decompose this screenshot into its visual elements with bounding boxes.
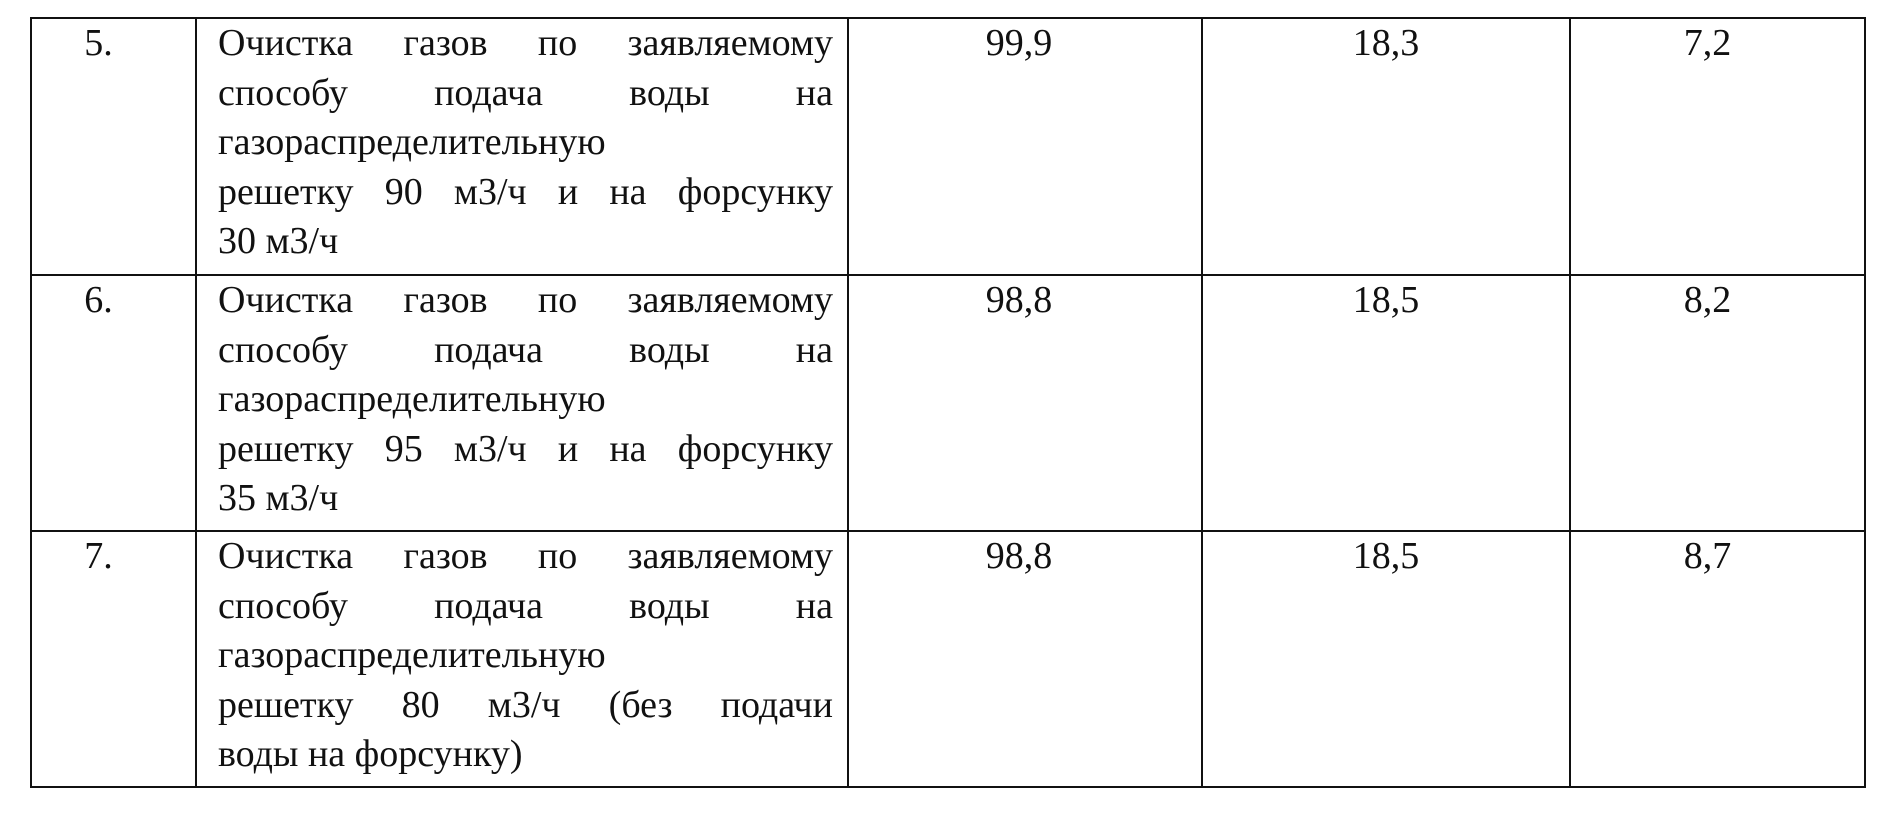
description-line: газораспределительную — [218, 375, 833, 425]
description-line: воды на форсунку) — [218, 730, 833, 780]
description-line: способу подача воды на — [218, 69, 833, 119]
table-row: 6. Очистка газов по заявляемому способу … — [31, 275, 1865, 531]
description-line: 30 м3/ч — [218, 217, 833, 267]
description-line: Очистка газов по заявляемому — [218, 532, 833, 582]
description-line: 35 м3/ч — [218, 474, 833, 524]
description-line: способу подача воды на — [218, 326, 833, 376]
description-line: способу подача воды на — [218, 582, 833, 632]
description-line: газораспределительную — [218, 631, 833, 681]
table-row: 5. Очистка газов по заявляемому способу … — [31, 18, 1865, 275]
method-description: Очистка газов по заявляемому способу под… — [196, 275, 848, 531]
value-cell: 7,2 — [1570, 18, 1865, 275]
value-cell: 18,5 — [1202, 275, 1570, 531]
description-line: газораспределительную — [218, 118, 833, 168]
row-number: 7. — [31, 531, 196, 787]
value-cell: 8,2 — [1570, 275, 1865, 531]
value-cell: 98,8 — [848, 531, 1202, 787]
value-cell: 18,5 — [1202, 531, 1570, 787]
description-line: Очистка газов по заявляемому — [218, 19, 833, 69]
description-line: решетку 80 м3/ч (без подачи — [218, 681, 833, 731]
results-table: 5. Очистка газов по заявляемому способу … — [30, 17, 1866, 788]
method-description: Очистка газов по заявляемому способу под… — [196, 18, 848, 275]
description-line: решетку 95 м3/ч и на форсунку — [218, 425, 833, 475]
method-description: Очистка газов по заявляемому способу под… — [196, 531, 848, 787]
value-cell: 99,9 — [848, 18, 1202, 275]
description-line: Очистка газов по заявляемому — [218, 276, 833, 326]
table-row: 7. Очистка газов по заявляемому способу … — [31, 531, 1865, 787]
value-cell: 18,3 — [1202, 18, 1570, 275]
row-number: 6. — [31, 275, 196, 531]
description-line: решетку 90 м3/ч и на форсунку — [218, 168, 833, 218]
row-number: 5. — [31, 18, 196, 275]
value-cell: 8,7 — [1570, 531, 1865, 787]
value-cell: 98,8 — [848, 275, 1202, 531]
